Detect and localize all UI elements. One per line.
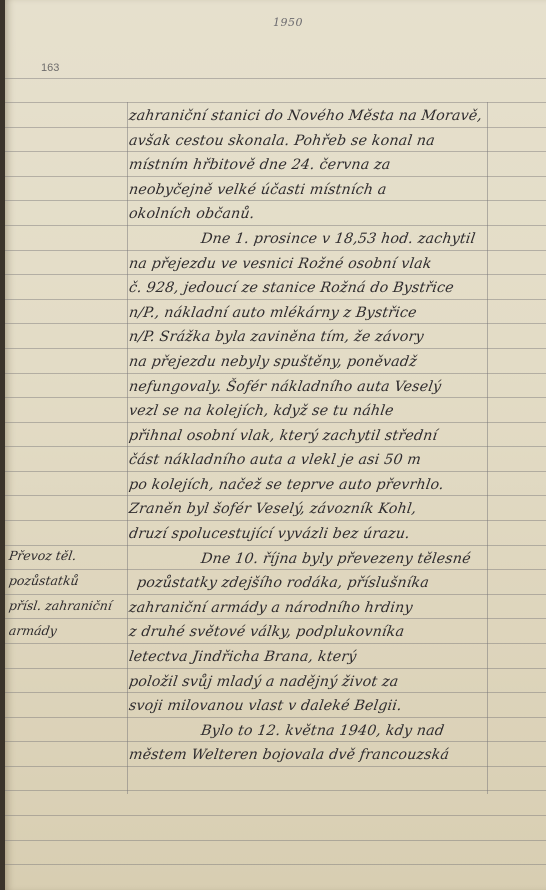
margin-note-line: přísl. zahraniční xyxy=(8,598,113,613)
text-line: n/P. Srážka byla zaviněna tím, že závory xyxy=(128,329,425,345)
text-line: letectva Jindřicha Brana, který xyxy=(128,649,358,665)
text-line: místním hřbitově dne 24. června za xyxy=(128,157,392,173)
text-line: na přejezdu nebyly spuštěny, poněvadž xyxy=(128,354,418,370)
year-header: 1950 xyxy=(273,16,303,29)
margin-note-line: Převoz těl. xyxy=(8,548,77,563)
text-line: položil svůj mladý a nadějný život za xyxy=(128,674,400,690)
left-margin-rule xyxy=(127,102,128,794)
text-line: z druhé světové války, podplukovníka xyxy=(128,624,405,640)
text-line: Zraněn byl šofér Veselý, závozník Kohl, xyxy=(128,501,418,517)
paragraph-start-line: Dne 10. října byly převezeny tělesné xyxy=(200,551,472,567)
ledger-page: 1950 163 Převoz těl. pozůstatků přísl. z… xyxy=(5,0,546,890)
text-line: zahraniční armády a národního hrdiny xyxy=(128,600,414,616)
text-line: avšak cestou skonala. Pohřeb se konal na xyxy=(128,133,436,149)
margin-note-line: armády xyxy=(8,623,58,638)
text-line: zahraniční stanici do Nového Města na Mo… xyxy=(128,108,483,124)
paragraph-start-line: Bylo to 12. května 1940, kdy nad xyxy=(200,723,445,739)
text-line: část nákladního auta a vlekl je asi 50 m xyxy=(128,452,422,468)
text-line: druzí spolucestující vyvázli bez úrazu. xyxy=(128,526,411,542)
page-number: 163 xyxy=(41,62,59,74)
text-line: neobyčejně velké účasti místních a xyxy=(128,182,388,198)
text-line: n/P., nákladní auto mlékárny z Bystřice xyxy=(128,305,418,321)
paragraph-start-line: Dne 1. prosince v 18,53 hod. zachytil xyxy=(200,231,477,247)
text-line: pozůstatky zdejšího rodáka, příslušníka xyxy=(136,575,430,591)
text-line: svoji milovanou vlast v daleké Belgii. xyxy=(128,698,403,714)
text-line: městem Welteren bojovala dvě francouzská xyxy=(128,747,450,763)
text-line: č. 928, jedoucí ze stanice Rožná do Byst… xyxy=(128,280,455,296)
text-line: přihnal osobní vlak, který zachytil stře… xyxy=(128,428,439,444)
right-margin-rule xyxy=(487,102,488,794)
margin-note-line: pozůstatků xyxy=(8,573,80,588)
text-line: okolních občanů. xyxy=(128,206,256,222)
text-line: po kolejích, načež se teprve auto převrh… xyxy=(128,477,445,493)
text-line: nefungovaly. Šofér nákladního auta Vesel… xyxy=(128,379,442,395)
text-line: na přejezdu ve vesnici Rožné osobní vlak xyxy=(128,256,433,272)
text-line: vezl se na kolejích, když se tu náhle xyxy=(128,403,395,419)
